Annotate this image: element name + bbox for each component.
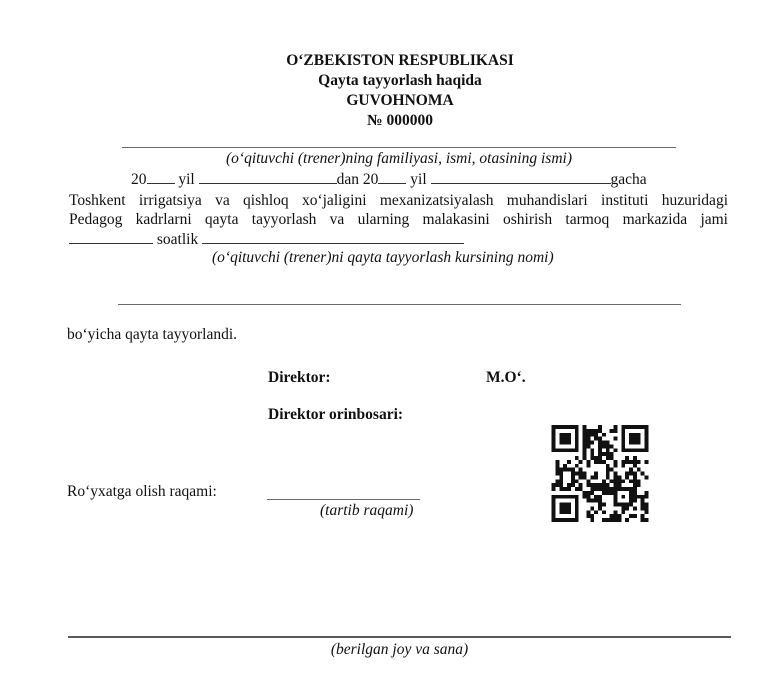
year-blank-1[interactable]	[147, 169, 175, 184]
hours-word: soatlik	[157, 231, 198, 248]
seal-label: M.O‘.	[486, 367, 526, 389]
from-word: dan 20	[337, 171, 379, 188]
year-word-1: yil	[178, 171, 194, 188]
place-date-line[interactable]	[68, 636, 731, 638]
year-prefix-1: 20	[131, 171, 147, 188]
trainee-name-caption: (o‘qituvchi (trener)ning familiyasi, ism…	[122, 148, 676, 170]
until-word: gacha	[611, 171, 647, 188]
header-republic: O‘ZBEKISTON RESPUBLIKASI	[0, 51, 758, 71]
year-word-2: yil	[410, 171, 426, 188]
course-name-line-2[interactable]	[118, 304, 681, 305]
document-title: GUVOHNOMA	[0, 91, 758, 111]
completion-text: bo‘yicha qayta tayyorlandi.	[67, 324, 237, 346]
course-caption: (o‘qituvchi (trener)ni qayta tayyorlash …	[212, 247, 554, 269]
start-date-blank[interactable]	[199, 169, 337, 184]
header-subtitle: Qayta tayyorlash haqida	[0, 71, 758, 91]
hours-blank[interactable]	[69, 229, 153, 244]
end-date-blank[interactable]	[431, 169, 611, 184]
year-blank-2[interactable]	[378, 169, 406, 184]
registration-caption: (tartib raqami)	[320, 500, 413, 522]
director-label: Direktor:	[268, 367, 331, 389]
qr-code-icon	[551, 425, 649, 522]
deputy-director-label: Direktor orinbosari:	[268, 404, 403, 426]
date-range-row: 20 yil dan 20 yil gacha	[131, 169, 647, 191]
institution-line-2: Pedagog kadrlarni qayta tayyorlash va ul…	[69, 209, 728, 231]
document-number: № 000000	[0, 111, 758, 131]
course-name-blank[interactable]	[202, 229, 464, 244]
registration-label: Ro‘yxatga olish raqami:	[67, 481, 217, 503]
place-date-caption: (berilgan joy va sana)	[68, 639, 731, 661]
